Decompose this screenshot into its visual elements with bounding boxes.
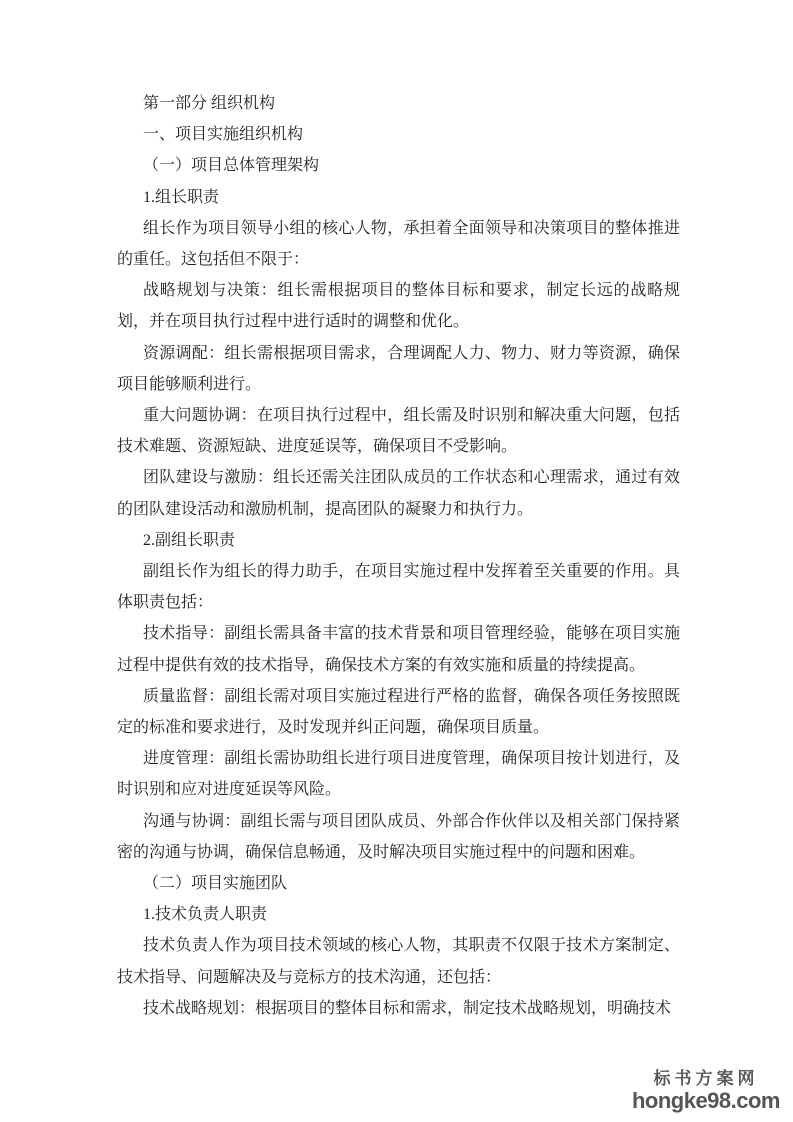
paragraph-major-issue-coordination: 重大问题协调：在项目执行过程中，组长需及时识别和解决重大问题，包括技术难题、资源… xyxy=(117,400,680,462)
paragraph-deputy-intro: 副组长作为组长的得力助手，在项目实施过程中发挥着至关重要的作用。具体职责包括： xyxy=(117,556,680,618)
document-body: 第一部分 组织机构 一、项目实施组织机构 （一）项目总体管理架构 1.组长职责 … xyxy=(117,88,680,1024)
site-watermark: 标书方案网 hongke98.com xyxy=(632,1069,780,1112)
paragraph-strategic-planning: 战略规划与决策：组长需根据项目的整体目标和要求，制定长远的战略规划，并在项目执行… xyxy=(117,275,680,337)
watermark-site-name: 标书方案网 xyxy=(632,1069,780,1089)
paragraph-communication: 沟通与协调：副组长需与项目团队成员、外部合作伙伴以及相关部门保持紧密的沟通与协调… xyxy=(117,806,680,868)
subsection-heading-implementation-team: （二）项目实施团队 xyxy=(117,868,680,899)
paragraph-team-building: 团队建设与激励：组长还需关注团队成员的工作状态和心理需求，通过有效的团队建设活动… xyxy=(117,462,680,524)
paragraph-schedule-management: 进度管理：副组长需协助组长进行项目进度管理，确保项目按计划进行，及时识别和应对进… xyxy=(117,743,680,805)
subsection-heading-management-structure: （一）项目总体管理架构 xyxy=(117,150,680,181)
watermark-site-url: hongke98.com xyxy=(632,1090,780,1112)
paragraph-quality-supervision: 质量监督：副组长需对项目实施过程进行严格的监督，确保各项任务按照既定的标准和要求… xyxy=(117,681,680,743)
paragraph-leader-intro: 组长作为项目领导小组的核心人物，承担着全面领导和决策项目的整体推进的重任。这包括… xyxy=(117,213,680,275)
paragraph-technical-guidance: 技术指导：副组长需具备丰富的技术背景和项目管理经验，能够在项目实施过程中提供有效… xyxy=(117,618,680,680)
item-heading-tech-lead-duties: 1.技术负责人职责 xyxy=(117,899,680,930)
paragraph-tech-lead-intro: 技术负责人作为项目技术领域的核心人物，其职责不仅限于技术方案制定、技术指导、问题… xyxy=(117,930,680,992)
document-page: 第一部分 组织机构 一、项目实施组织机构 （一）项目总体管理架构 1.组长职责 … xyxy=(0,0,793,1122)
section-heading: 一、项目实施组织机构 xyxy=(117,119,680,150)
part-heading: 第一部分 组织机构 xyxy=(117,88,680,119)
paragraph-resource-allocation: 资源调配：组长需根据项目需求，合理调配人力、物力、财力等资源，确保项目能够顺利进… xyxy=(117,338,680,400)
item-heading-leader-duties: 1.组长职责 xyxy=(117,182,680,213)
paragraph-tech-strategy-clipped: 技术战略规划：根据项目的整体目标和需求，制定技术战略规划，明确技术 xyxy=(117,993,680,1024)
item-heading-deputy-duties: 2.副组长职责 xyxy=(117,525,680,556)
